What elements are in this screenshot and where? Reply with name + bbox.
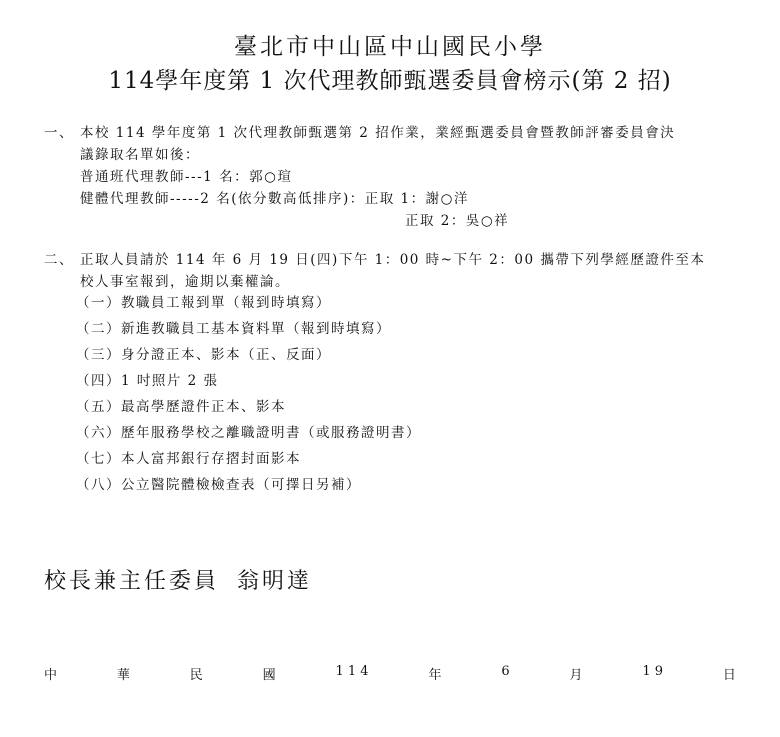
section-1-line: 本校 114 學年度第 1 次代理教師甄選第 2 招作業，業經甄選委員會暨教師評… (80, 122, 744, 144)
date-part: 日 (723, 664, 736, 683)
list-item: （一）教職員工報到單（報到時填寫） (76, 290, 421, 316)
section-1-number: 一、 (44, 122, 74, 144)
regular-class-hire: 普通班代理教師---1 名：郭○瑄 (80, 166, 744, 188)
list-item: （三）身分證正本、影本（正、反面） (76, 342, 421, 368)
section-2-line: 正取人員請於 114 年 6 月 19 日(四)下午 1：00 時~下午 2：0… (80, 249, 744, 271)
date-part: 華 (117, 664, 130, 683)
signer-name: 翁明達 (237, 569, 312, 594)
pe-teacher-hire: 健體代理教師-----2 名(依分數高低排序)：正取 1：謝○洋 (80, 188, 744, 210)
date-part: 年 (428, 664, 441, 683)
list-item: （四）1 吋照片 2 張 (76, 368, 421, 394)
date-part: 民 (190, 664, 203, 683)
signer-role: 校長兼主任委員 (44, 569, 219, 594)
section-1: 一、 本校 114 學年度第 1 次代理教師甄選第 2 招作業，業經甄選委員會暨… (44, 122, 744, 232)
list-item: （五）最高學歷證件正本、影本 (76, 394, 421, 420)
school-name: 臺北市中山區中山國民小學 (0, 28, 780, 61)
list-item: （六）歷年服務學校之離職證明書（或服務證明書） (76, 420, 421, 446)
pe-teacher-hire-2: 正取 2：吳○祥 (80, 210, 744, 232)
signature-block: 校長兼主任委員翁明達 (44, 564, 312, 595)
list-item: （七）本人富邦銀行存摺封面影本 (76, 446, 421, 472)
date-part: 中 (44, 664, 57, 683)
list-item: （八）公立醫院體檢檢查表（可擇日另補） (76, 472, 421, 498)
section-1-line: 議錄取名單如後： (80, 144, 744, 166)
required-documents-list: （一）教職員工報到單（報到時填寫） （二）新進教職員工基本資料單（報到時填寫） … (76, 290, 421, 498)
section-2-number: 二、 (44, 249, 74, 271)
document-title: 114學年度第 1 次代理教師甄選委員會榜示(第 2 招) (0, 62, 780, 95)
date-month: 6 (501, 664, 509, 683)
document-date: 中 華 民 國 1 1 4 年 6 月 1 9 日 (44, 664, 736, 683)
date-year: 1 1 4 (336, 664, 369, 683)
list-item: （二）新進教職員工基本資料單（報到時填寫） (76, 316, 421, 342)
section-2: 二、 正取人員請於 114 年 6 月 19 日(四)下午 1：00 時~下午 … (44, 249, 744, 293)
date-part: 月 (569, 664, 582, 683)
date-part: 國 (263, 664, 276, 683)
date-day: 1 9 (642, 664, 663, 683)
